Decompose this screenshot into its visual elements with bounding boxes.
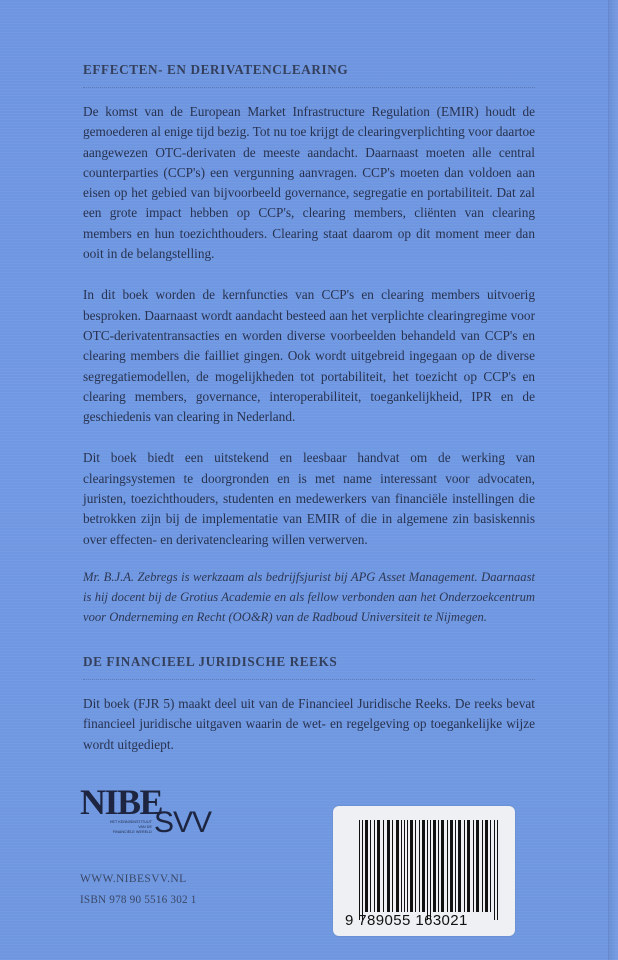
barcode-bar: [433, 820, 436, 912]
contents-paragraph: In dit boek worden de kernfuncties van C…: [83, 285, 535, 427]
barcode-bar: [362, 820, 363, 920]
nibesvv-logo: NIBE SVV HET KENNISINSTITUUT VAN DE FINA…: [80, 786, 240, 848]
barcode-bar: [392, 820, 393, 912]
barcode-bar: [359, 820, 360, 920]
barcode-bar: [401, 820, 402, 912]
barcode-bar: [407, 820, 408, 912]
barcode-bar: [410, 820, 413, 912]
barcode-bar: [396, 820, 399, 912]
barcode-bar: [473, 820, 474, 912]
logo-tagline-line: FINANCIËLE WERELD: [82, 830, 152, 835]
series-paragraph: Dit boek (FJR 5) maakt deel uit van de F…: [83, 694, 535, 755]
logo-svv-text: SVV: [154, 808, 211, 838]
cover-text-block: EFFECTEN- EN DERIVATENCLEARING De komst …: [83, 62, 535, 755]
isbn-number: ISBN 978 90 5516 302 1: [80, 894, 197, 906]
section-heading-series: DE FINANCIEEL JURIDISCHE REEKS: [83, 654, 535, 680]
intro-paragraph: De komst van de European Market Infrastr…: [83, 102, 535, 264]
barcode-bar: [419, 820, 420, 912]
barcode-bar: [494, 820, 495, 920]
barcode-bar: [427, 820, 428, 920]
barcode-bar: [464, 820, 465, 912]
barcode-bar: [476, 820, 479, 912]
barcode-bar: [497, 820, 498, 920]
barcode-bar: [365, 820, 368, 912]
barcode-bar: [370, 820, 371, 912]
barcode-bar: [415, 820, 416, 912]
barcode-bar: [430, 820, 431, 920]
barcode-digits: 9 789055 163021: [345, 912, 510, 929]
barcode-bar: [438, 820, 439, 912]
audience-paragraph: Dit boek biedt een uitstekend en leesbaa…: [83, 448, 535, 549]
publisher-website: WWW.NIBESVV.NL: [80, 873, 187, 885]
barcode-bar: [383, 820, 384, 912]
barcode-bar: [450, 820, 453, 912]
barcode-bar: [404, 820, 405, 912]
barcode-bar: [467, 820, 470, 912]
logo-tagline: HET KENNISINSTITUUT VAN DE FINANCIËLE WE…: [82, 820, 152, 835]
barcode-bar: [485, 820, 488, 912]
barcode-bar: [482, 820, 483, 912]
cover-edge: [608, 0, 618, 960]
logo-nibe-text: NIBE: [80, 786, 162, 818]
barcode-bar: [374, 820, 375, 912]
barcode-bar: [377, 820, 380, 912]
book-back-cover: EFFECTEN- EN DERIVATENCLEARING De komst …: [0, 0, 618, 960]
barcode-bar: [387, 820, 390, 912]
barcode-bar: [490, 820, 491, 912]
barcode-bar: [441, 820, 444, 912]
barcode-sticker: 9 789055 163021: [333, 806, 515, 936]
barcode-bar: [455, 820, 456, 912]
section-heading-clearing: EFFECTEN- EN DERIVATENCLEARING: [83, 62, 535, 88]
author-bio: Mr. B.J.A. Zebregs is werkzaam als bedri…: [83, 567, 535, 627]
barcode-bar: [447, 820, 448, 912]
barcode-bar: [422, 820, 425, 912]
barcode-bar: [458, 820, 461, 912]
barcode-bars: [359, 820, 501, 916]
